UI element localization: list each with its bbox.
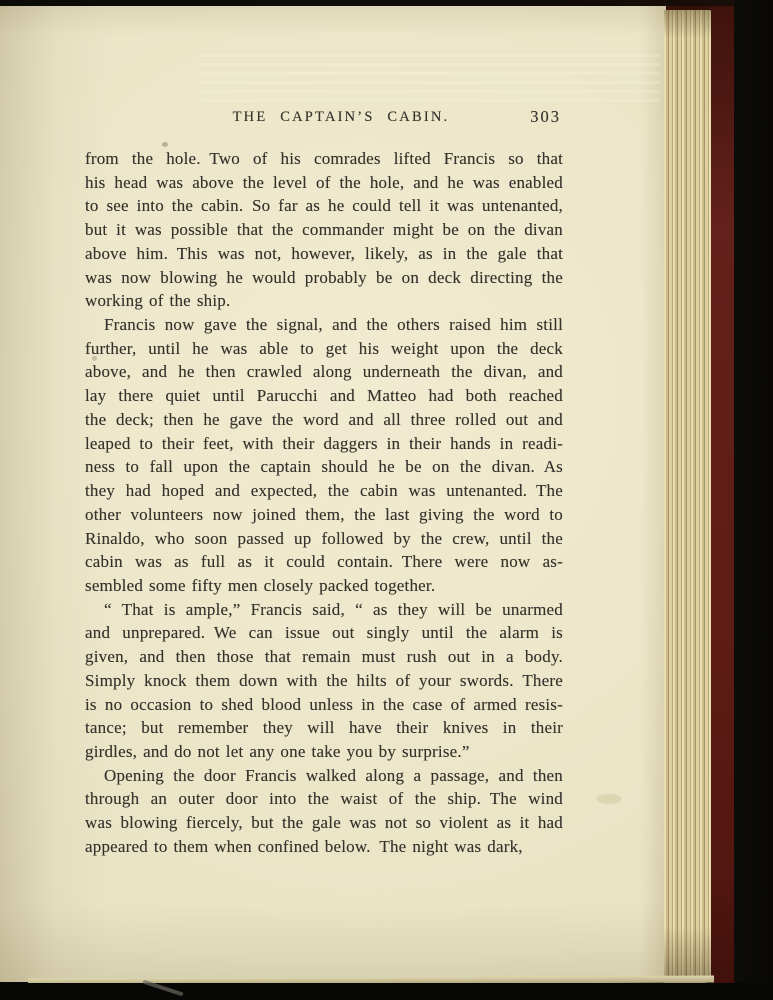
text-line: through an outer door into the waist of … — [85, 787, 563, 811]
text-line: Simply knock them down with the hilts of… — [85, 669, 563, 693]
text-line: cabin was as full as it could contain. T… — [85, 550, 563, 574]
background-bottom — [0, 983, 773, 1000]
text-line: his head was above the level of the hole… — [85, 171, 563, 195]
text-line: above, and he then crawled along underne… — [85, 360, 563, 384]
text-line: given, and then those that remain must r… — [85, 645, 563, 669]
text-line: “ That is ample,” Francis said, “ as the… — [85, 598, 563, 622]
book-page: THE CAPTAIN’S CABIN. 303 from the hole. … — [0, 6, 666, 982]
text-line: the deck; then he gave the word and all … — [85, 408, 563, 432]
text-line: but it was possible that the commander m… — [85, 218, 563, 242]
text-line: and unprepared. We can issue out singly … — [85, 621, 563, 645]
paper-smudge — [596, 794, 622, 804]
text-line: lay there quiet until Parucchi and Matte… — [85, 384, 563, 408]
running-head: THE CAPTAIN’S CABIN. 303 — [85, 109, 563, 131]
page-stack-fore-edge — [664, 10, 712, 984]
text-line: they had hoped and expected, the cabin w… — [85, 479, 563, 503]
text-line: girdles, and do not let any one take you… — [85, 740, 563, 764]
book-cover-edge — [711, 4, 734, 992]
text-line: from the hole. Two of his comrades lifte… — [85, 147, 563, 171]
page-number: 303 — [530, 107, 561, 127]
background-top — [0, 0, 773, 6]
text-line: working of the ship. — [85, 289, 563, 313]
text-line: is no occasion to shed blood unless in t… — [85, 693, 563, 717]
text-line: was now blowing he would probably be on … — [85, 266, 563, 290]
text-line: Francis now gave the signal, and the oth… — [85, 313, 563, 337]
text-line: Rinaldo, who soon passed up followed by … — [85, 527, 563, 551]
text-line: sembled some fifty men closely packed to… — [85, 574, 563, 598]
text-line: tance; but remember they will have their… — [85, 716, 563, 740]
body-text: from the hole. Two of his comrades lifte… — [85, 147, 563, 859]
text-line: Opening the door Francis walked along a … — [85, 764, 563, 788]
scanned-book-photo: THE CAPTAIN’S CABIN. 303 from the hole. … — [0, 0, 773, 1000]
scan-streaks — [200, 54, 660, 102]
text-line: to see into the cabin. So far as he coul… — [85, 194, 563, 218]
text-line: other volunteers now joined them, the la… — [85, 503, 563, 527]
text-line: above him. This was not, however, likely… — [85, 242, 563, 266]
background-right — [734, 0, 773, 1000]
text-line: appeared to them when confined below. Th… — [85, 835, 563, 859]
text-line: ness to fall upon the captain should he … — [85, 455, 563, 479]
text-line: further, until he was able to get his we… — [85, 337, 563, 361]
text-line: leaped to their feet, with their daggers… — [85, 432, 563, 456]
text-line: was blowing fiercely, but the gale was n… — [85, 811, 563, 835]
chapter-running-title: THE CAPTAIN’S CABIN. — [102, 109, 580, 126]
